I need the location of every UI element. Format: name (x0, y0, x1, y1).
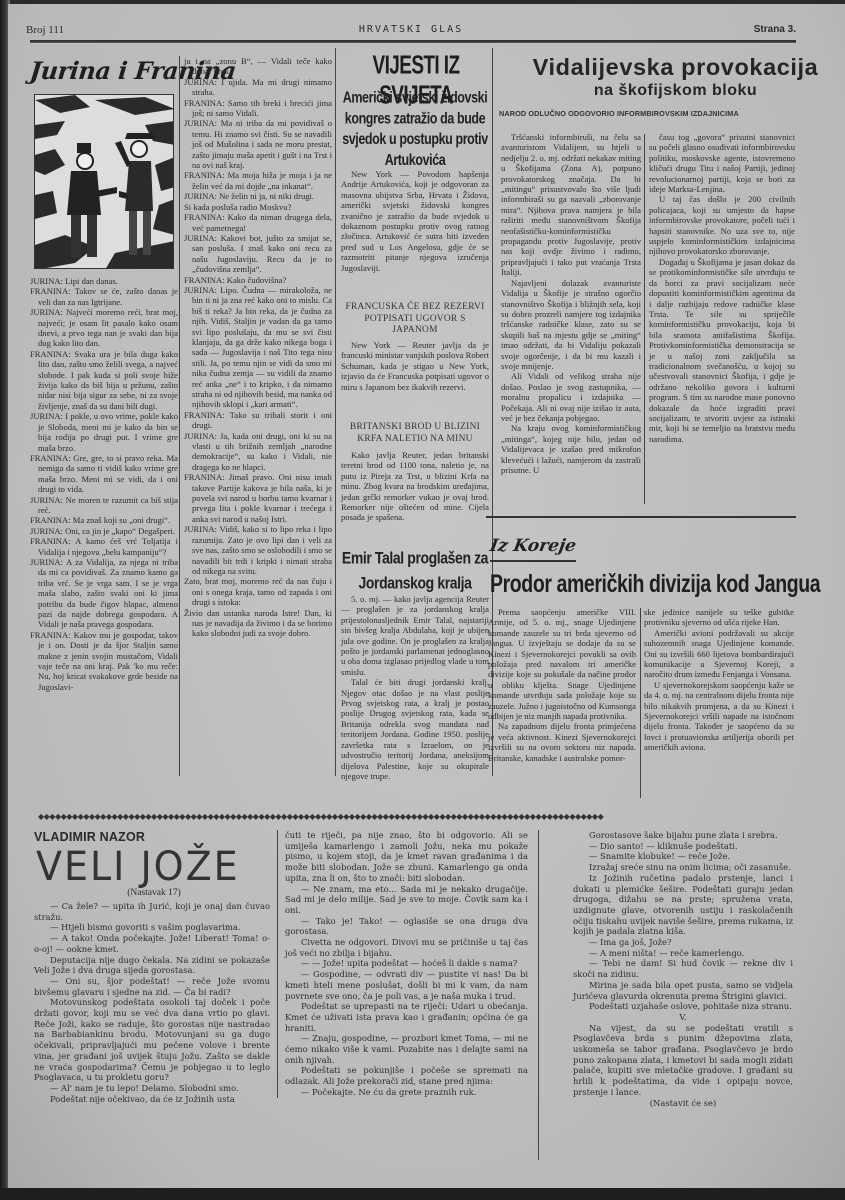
dialog-line: JURINA: Lipi dan danas. (30, 276, 178, 286)
dialog-line: JURINA: Kakovi bot, jušto za smijat se, … (184, 233, 332, 275)
section-rule (486, 516, 796, 518)
vidali-column-2: času tog „govora“ prisutni stanovnici su… (649, 132, 795, 444)
dialog-line: FRANINA: Ma znaš koji su „oni drugi“. (30, 515, 178, 525)
veli-joze-column-2: čuti te riječi, pa nije znao, što bi odg… (285, 830, 528, 1098)
kicker-underline (490, 560, 576, 562)
headline-korea: Prodor američkih divizija kod Jangua (490, 570, 800, 599)
dialog-line: FRANINA: Ma moja hiža je moja i ja ne že… (184, 170, 332, 191)
column-divider (277, 830, 278, 1098)
dialog-line: JURINA: Ma ni triba da mi povidivaš o te… (184, 118, 332, 170)
dialog-line: JURINA: Najveći moremo reći, brat moj, n… (30, 307, 178, 349)
dialog-line: JURINA: I ujida. Ma mi drugi nimamo stra… (184, 77, 332, 98)
kicker-korea: Iz Koreje (488, 536, 578, 556)
woodcut-illustration (34, 94, 174, 269)
article-emir-talal: 5. o. mj. — kako javlja agencija Reuter … (341, 594, 489, 781)
korea-column-2: ske jedinice nanijele su teške gubitke p… (644, 607, 794, 753)
newspaper-page: Broj 111 HRVATSKI GLAS Strana 3. Jurina … (8, 4, 845, 1188)
veli-joze-column-1: — Ca žele? — upita ih Jurić, koji je ona… (34, 901, 270, 1104)
dialog-line: FRANINA: Svaka ura je bila duga kako lit… (30, 349, 178, 411)
dialog-line: Zato, brat moj, moremo reć da nas čuju i… (184, 576, 332, 607)
dialog-line: JURINA: Vidiš, kako si to lipo reka i li… (184, 524, 332, 576)
column-divider (640, 608, 641, 798)
dialog-line: ju i na „zonu B“, — Vidali teče kako dob… (184, 56, 332, 77)
column-divider (179, 56, 180, 776)
article-british-ship: Kako javlja Reuter, jedan britanski tere… (341, 450, 489, 523)
dialog-line: JURINA: Ne moren te razumit ca biš stija… (30, 495, 178, 516)
headline-france-japan: FRANCUSKA ĆE BEZ REZERVI POTPISATI UGOVO… (341, 302, 489, 337)
page-number: Strana 3. (754, 24, 796, 35)
dialog-line: FRANINA: Jimaš pravo. Oni nisu imali tak… (184, 472, 332, 524)
two-men-talking-icon (35, 95, 174, 269)
dialog-line: FRANINA: Tako su tribali storit i oni dr… (184, 410, 332, 431)
column-divider (538, 830, 539, 1160)
jurina-franina-column-2: ju i na „zonu B“, — Vidali teče kako dob… (184, 56, 332, 639)
column-divider (335, 48, 336, 776)
ornamental-separator: ◆◆◆◆◆◆◆◆◆◆◆◆◆◆◆◆◆◆◆◆◆◆◆◆◆◆◆◆◆◆◆◆◆◆◆◆◆◆◆◆… (38, 812, 818, 822)
chapter-number: V. (573, 1012, 793, 1023)
article-artukovic: New York — Povodom hapšenja Andrije Artu… (341, 169, 489, 273)
dialog-line: FRANINA: Takov se će, zašto danas je vel… (30, 286, 178, 307)
dialog-line: JURINA: Ne želin ni ja, ni niki drugi. (184, 191, 332, 201)
veli-joze-column-3: Gorostasove šake bijahu pune zlata i sre… (573, 830, 793, 1108)
subheadline-vidali: na škofijskom bloku (503, 82, 845, 100)
dialog-line: Živio dan ustanka naroda Istre! Dan, ki … (184, 608, 332, 639)
installment-number: (Nastavak 17) (34, 888, 274, 898)
headline-artukovic: Američki svjetski židovski kongres zatra… (340, 88, 490, 171)
dialog-line: FRANINA: Kako da niman drugega dela, već… (184, 212, 332, 233)
article-france-japan: New York — Reuter javlja da je francuski… (341, 340, 489, 392)
page-bottom-edge (0, 1188, 845, 1200)
dialog-line: FRANINA: Kako čudovišna? (184, 275, 332, 285)
dialog-line: JURINA: Lipo. Čudna — mirakoloža, ne bin… (184, 285, 332, 410)
dialog-line: FRANINA: Gre, gre, to si pravo reka. Ma … (30, 453, 178, 495)
serial-author: VLADIMIR NAZOR (34, 830, 145, 844)
headline-british-ship: BRITANSKI BROD U BLIZINI KRFA NALETIO NA… (341, 422, 489, 445)
header-rule (30, 40, 796, 43)
dialog-line: FRANINA: Samo tih breki i brecići jima j… (184, 98, 332, 119)
dialog-line: JURINA: I pokle, u ovo vrime, pokle kako… (30, 411, 178, 453)
dialog-line: FRANINA: Kakov mu je gospodar, takov je … (30, 630, 178, 692)
korea-column-1: Prema saopćenju američke VIII. Armije, o… (488, 607, 636, 763)
kicker-vidali: NAROD ODLUČNO ODGOVORIO INFORMBIROVSKIM … (499, 109, 845, 118)
dialog-line: JURINA: Oni, ca jin je „kapo“ Degašperi. (30, 526, 178, 536)
dialog-line: FRANINA: A kamo ćeš vrć Toljatija i Vida… (30, 536, 178, 557)
dialog-line: JURINA: A za Vidalija, za njega ni triba… (30, 557, 178, 630)
headline-emir-talal: Emir Talal proglašen za Jordanskog kralj… (341, 546, 489, 596)
masthead: HRVATSKI GLAS (26, 24, 796, 35)
jurina-franina-column-1: JURINA: Lipi dan danas. FRANINA: Takov s… (30, 276, 178, 692)
vidali-column-1: Tršćanski informbiruši, na čelu sa avant… (501, 132, 641, 475)
serial-title: VELI JOŽE (36, 843, 240, 889)
dialog-line: JURINA: Ja, kada oni drugi, oni ki su na… (184, 431, 332, 473)
column-divider (644, 134, 645, 504)
dialog-line: Si kada posluša radio Moskvu? (184, 202, 332, 212)
to-be-continued: (Nastavit će se) (573, 1098, 793, 1109)
headline-vidali: Vidalijevska provokacija (503, 54, 845, 81)
